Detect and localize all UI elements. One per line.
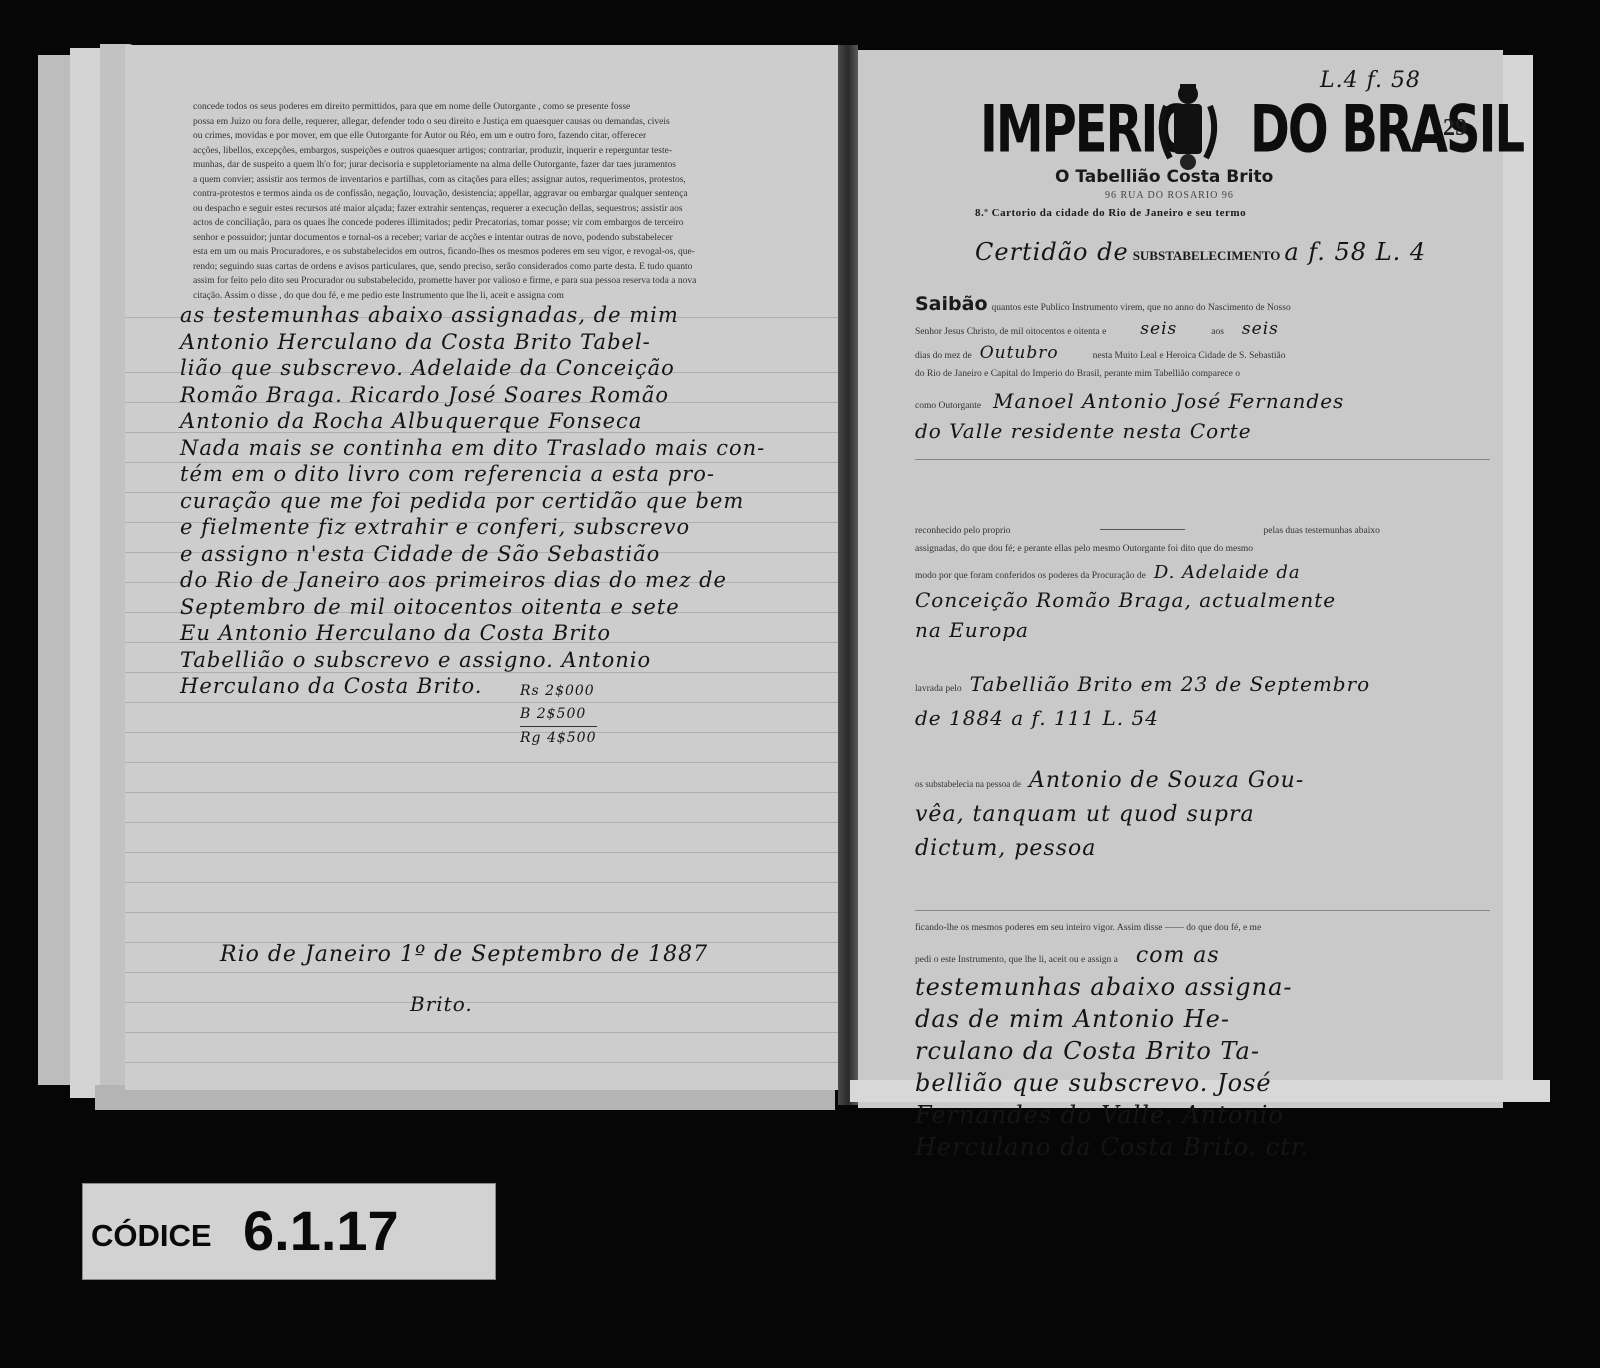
handwritten-line: as testemunhas abaixo assignadas, de mim [180, 302, 800, 329]
print-fragment: pelas duas testemunhas abaixo [1264, 526, 1380, 536]
hand-fragment: D. Adelaide da [1154, 562, 1301, 583]
hand-fragment: Antonio de Souza Gou- [1029, 768, 1304, 793]
body-line: Conceição Romão Braga, actualmente [915, 588, 1490, 618]
body-line: vêa, tanquam ut quod supra [915, 802, 1490, 836]
printed-line: munhas, dar de suspeito a quem lh'o for;… [193, 158, 788, 173]
doc-type-hand-prefix: Certidão de [975, 238, 1129, 266]
print-fragment: como Outorgante [915, 401, 981, 411]
codex-prefix: CÓDICE [91, 1218, 212, 1254]
blank-space [915, 460, 1490, 520]
print-fragment: Senhor Jesus Christo, de mil oitocentos … [915, 327, 1106, 337]
body-line: lavrada pelo Tabellião Brito em 23 de Se… [915, 672, 1490, 706]
printed-line: acções, libellos, excepções, embargos, s… [193, 144, 788, 159]
printed-line: contra-protestos e termos ainda os de co… [193, 187, 788, 202]
hand-fragment: seis [1140, 319, 1177, 339]
folio-annotation: L.4 f. 58 [1320, 68, 1421, 93]
body-line: do Rio de Janeiro e Capital do Imperio d… [915, 367, 1490, 389]
handwritten-line: Nada mais se continha em dito Traslado m… [180, 435, 800, 462]
handwritten-line: curação que me foi pedida por certidão q… [180, 488, 800, 515]
printed-line: esta em um ou mais Procuradores, e os su… [193, 245, 788, 260]
page-stack-edge-right [1503, 55, 1533, 1095]
print-fragment: quantos este Publico Instrumento virem, … [992, 303, 1291, 313]
body-line: dias do mez de Outubro nesta Muito Leal … [915, 343, 1490, 367]
printed-line: senhor e possuidor; juntar documentos e … [193, 231, 788, 246]
body-line: Senhor Jesus Christo, de mil oitocentos … [915, 319, 1490, 343]
left-handwritten-body: as testemunhas abaixo assignadas, de mim… [180, 302, 800, 700]
print-fragment: aos [1211, 327, 1224, 337]
doc-type-hand-suffix: a f. 58 L. 4 [1284, 238, 1426, 266]
handwritten-line: tém em o dito livro com referencia a est… [180, 461, 800, 488]
blank-space [915, 870, 1490, 911]
body-line: Fernandes do Valle. Antonio [915, 1101, 1490, 1133]
print-fragment: nesta Muito Leal e Heroica Cidade de S. … [1093, 351, 1286, 361]
body-line: rculano da Costa Brito Ta- [915, 1037, 1490, 1069]
body-line: Herculano da Costa Brito. ctr. [915, 1133, 1490, 1165]
print-fragment: os substabelecia na pessoa de [915, 779, 1021, 789]
print-fragment: reconhecido pelo proprio [915, 526, 1011, 536]
page-number: 29 [1443, 115, 1467, 142]
header-title-right: DO BRASIL [1250, 92, 1523, 168]
body-line: testemunhas abaixo assigna- [915, 973, 1490, 1005]
printed-line: concede todos os seus poderes em direito… [193, 100, 788, 115]
notary-name: O Tabellião Costa Brito [1055, 167, 1273, 187]
imperial-coat-of-arms-icon [1148, 76, 1228, 176]
hand-fragment: seis [1242, 319, 1279, 339]
handwritten-line: Septembro de mil oitocentos oitenta e se… [180, 594, 800, 621]
hand-fragment: Outubro [980, 343, 1059, 363]
print-fragment: lavrada pelo [915, 684, 962, 694]
fee-line: B 2$500 [520, 703, 597, 727]
fee-tally: Rs 2$000 B 2$500 Rg 4$500 [520, 680, 597, 750]
printed-line: possa em Juizo ou fora delle, requerer, … [193, 115, 788, 130]
body-line: dictum, pessoa [915, 836, 1490, 870]
print-fragment: pedi o este Instrumento, que lhe li, ace… [915, 955, 1118, 965]
initial-word: Saibão [915, 293, 988, 315]
handwritten-line: Tabellião o subscrevo e assigno. Antonio [180, 647, 800, 674]
handwritten-line: Antonio Herculano da Costa Brito Tabel- [180, 329, 800, 356]
blank-rule [1100, 529, 1185, 530]
left-printed-body: concede todos os seus poderes em direito… [193, 100, 788, 303]
body-line: como Outorgante Manoel Antonio José Fern… [915, 389, 1490, 419]
handwritten-line: Eu Antonio Herculano da Costa Brito [180, 620, 800, 647]
body-line: os substabelecia na pessoa de Antonio de… [915, 768, 1490, 802]
print-fragment: modo por que foram conferidos os poderes… [915, 571, 1146, 581]
notary-office: 8.º Cartorio da cidade do Rio de Janeiro… [975, 207, 1246, 219]
handwritten-line: e fielmente fiz extrahir e conferi, subs… [180, 514, 800, 541]
printed-line: a quem convier; assistir aos termos de i… [193, 173, 788, 188]
printed-line: assim for feito pelo dito seu Procurador… [193, 274, 788, 289]
body-line: ficando-lhe os mesmos poderes em seu int… [915, 921, 1490, 943]
fee-line: Rs 2$000 [520, 680, 597, 703]
hand-fragment: Tabellião Brito em 23 de Septembro [970, 672, 1371, 696]
handwritten-line: Romão Braga. Ricardo José Soares Romão [180, 382, 800, 409]
body-line: modo por que foram conferidos os poderes… [915, 562, 1490, 588]
body-line: assignadas, do que dou fé; e perante ell… [915, 542, 1490, 562]
body-line: na Europa [915, 618, 1490, 648]
handwritten-line: Herculano da Costa Brito. [180, 673, 800, 700]
handwritten-line: e assigno n'esta Cidade de São Sebastião [180, 541, 800, 568]
archive-codex-label: CÓDICE 6.1.17 [82, 1183, 496, 1280]
printed-line: ou crimes, movidas e por mover, em que e… [193, 129, 788, 144]
blank-space [915, 648, 1490, 672]
body-line: de 1884 a f. 111 L. 54 [915, 706, 1490, 740]
hand-fragment: com as [1136, 943, 1220, 968]
printed-line: citação. Assim o disse , do que dou fé, … [193, 289, 788, 304]
body-line: bellião que subscrevo. José [915, 1069, 1490, 1101]
blank-space [915, 911, 1490, 921]
body-line: reconhecido pelo proprio pelas duas test… [915, 520, 1490, 542]
body-line: das de mim Antonio He- [915, 1005, 1490, 1037]
body-line: pedi o este Instrumento, que lhe li, ace… [915, 943, 1490, 973]
print-fragment: dias do mez de [915, 351, 972, 361]
closing-signature: Brito. [410, 992, 473, 1016]
right-body: Saibão quantos este Publico Instrumento … [915, 293, 1490, 1165]
notary-address: 96 RUA DO ROSARIO 96 [1105, 190, 1234, 201]
codex-number: 6.1.17 [243, 1198, 399, 1263]
body-line: do Valle residente nesta Corte [915, 419, 1490, 460]
handwritten-line: do Rio de Janeiro aos primeiros dias do … [180, 567, 800, 594]
hand-fragment: Manoel Antonio José Fernandes [993, 389, 1344, 413]
printed-line: rendo; seguindo suas cartas de ordens e … [193, 260, 788, 275]
fee-total: Rg 4$500 [520, 727, 597, 750]
closing-place-date: Rio de Janeiro 1º de Septembro de 1887 [220, 942, 708, 967]
blank-space [915, 740, 1490, 768]
handwritten-line: lião que subscrevo. Adelaide da Conceiçã… [180, 355, 800, 382]
printed-line: actos de conciliação, para os quaes lhe … [193, 216, 788, 231]
handwritten-line: Antonio da Rocha Albuquerque Fonseca [180, 408, 800, 435]
document-type-line: Certidão de SUBSTABELECIMENTO a f. 58 L.… [975, 238, 1426, 266]
printed-line: ou despacho e seguir estes recursos até … [193, 202, 788, 217]
doc-type-printed: SUBSTABELECIMENTO [1133, 248, 1281, 263]
book-gutter [838, 45, 858, 1105]
body-line: Saibão quantos este Publico Instrumento … [915, 293, 1490, 319]
